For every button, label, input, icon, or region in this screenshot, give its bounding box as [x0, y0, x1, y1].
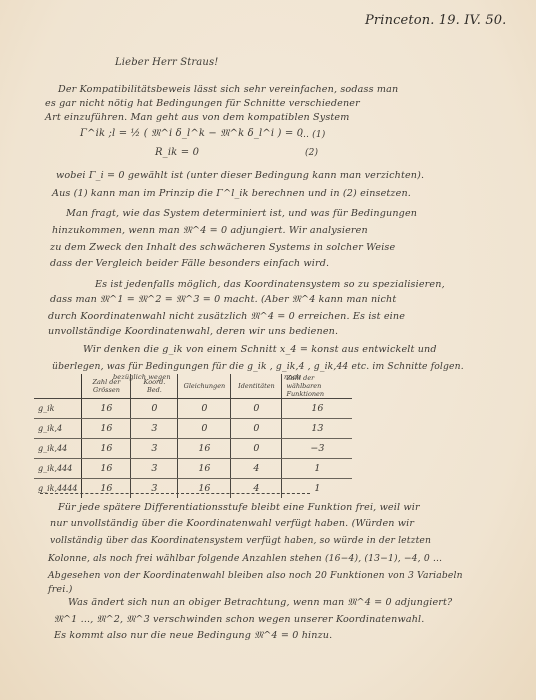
- table-cell: 16: [282, 399, 353, 419]
- row-label: g_ik,4: [34, 419, 82, 439]
- table-cell: 16: [178, 479, 231, 499]
- table-cell: 0: [178, 399, 231, 419]
- paragraph-3-line: Man fragt, wie das System determiniert i…: [66, 208, 417, 220]
- table-row: g_ik,44 16 3 16 0 −3: [34, 439, 352, 459]
- dashed-divider: [40, 493, 310, 494]
- paragraph-4-line: durch Koordinatenwahl nicht zusätzlich 𝔐…: [48, 311, 405, 323]
- letter-salutation: Lieber Herr Straus!: [115, 57, 218, 69]
- table-row: g_ik 16 0 0 0 16: [34, 399, 352, 419]
- paragraph-2-line: wobei Γ_i = 0 gewählt ist (unter dieser …: [56, 170, 424, 182]
- table-cell: 16: [82, 439, 131, 459]
- table-cell: 3: [131, 419, 178, 439]
- table-cell: 4: [231, 479, 282, 499]
- table-cell: 16: [82, 399, 131, 419]
- paragraph-4-line: Es ist jedenfalls möglich, das Koordinat…: [95, 279, 445, 291]
- table-cell: 1: [282, 479, 353, 499]
- table-cell: 13: [282, 419, 353, 439]
- table-cell: 16: [82, 419, 131, 439]
- row-label: g_ik: [34, 399, 82, 419]
- table-header-cell: Gleichungen: [178, 374, 231, 399]
- table-cell: 0: [231, 439, 282, 459]
- table-header-row: Zahl der Grössen Koord. Bed. Gleichungen…: [34, 374, 352, 399]
- table-header-cell: Zahl der Grössen: [82, 374, 131, 399]
- paragraph-6-line: nur unvollständig über die Koordinatenwa…: [50, 518, 414, 530]
- paragraph-7-line: 𝔐^1 ..., 𝔐^2, 𝔐^3 verschwinden schon weg…: [54, 614, 424, 626]
- table-cell: 4: [231, 459, 282, 479]
- row-label: g_ik,4444: [34, 479, 82, 499]
- paragraph-1-line: Art einzuführen. Man geht aus von dem ko…: [45, 112, 350, 124]
- table-header-cell: Koord. Bed.: [131, 374, 178, 399]
- paragraph-3-line: zu dem Zweck den Inhalt des schwächeren …: [50, 242, 395, 254]
- table-header-cell: [34, 374, 82, 399]
- table-row: g_ik,444 16 3 16 4 1: [34, 459, 352, 479]
- letter-page: Princeton. 19. IV. 50. Lieber Herr Strau…: [0, 0, 536, 700]
- table-header-cell: Identitäten: [231, 374, 282, 399]
- row-label: g_ik,444: [34, 459, 82, 479]
- table-cell: 0: [131, 399, 178, 419]
- table-row: g_ik,4 16 3 0 0 13: [34, 419, 352, 439]
- table-cell: 3: [131, 439, 178, 459]
- paragraph-6-line: Abgesehen von der Koordinatenwahl bleibe…: [48, 570, 463, 582]
- equation-1: Γ^ik ;l = ½ ( 𝔐^i δ_l^k − 𝔐^k δ_l^i ) = …: [80, 128, 303, 140]
- paragraph-1-line: es gar nicht nötig hat Bedingungen für S…: [45, 98, 360, 110]
- paragraph-2-line: Aus (1) kann man im Prinzip die Γ^l_ik b…: [52, 188, 411, 200]
- paragraph-6-line: Für jede spätere Differentiationsstufe b…: [58, 502, 420, 514]
- table-cell: −3: [282, 439, 353, 459]
- paragraph-7-line: Was ändert sich nun an obiger Betrachtun…: [68, 597, 452, 609]
- table-cell: 1: [282, 459, 353, 479]
- paragraph-6-line: frei.): [48, 584, 73, 596]
- count-table: Zahl der Grössen Koord. Bed. Gleichungen…: [34, 374, 352, 498]
- row-label: g_ik,44: [34, 439, 82, 459]
- table-cell: 16: [178, 439, 231, 459]
- table-cell: 16: [82, 479, 131, 499]
- paragraph-3-line: dass der Vergleich beider Fälle besonder…: [50, 258, 329, 270]
- table-cell: 0: [231, 399, 282, 419]
- table-cell: 16: [82, 459, 131, 479]
- table-cell: 0: [178, 419, 231, 439]
- paragraph-7-line: Es kommt also nur die neue Bedingung 𝔐^4…: [54, 630, 332, 642]
- table-cell: 16: [178, 459, 231, 479]
- equation-2: R_ik = 0: [155, 147, 199, 159]
- table-cell: 0: [231, 419, 282, 439]
- paragraph-3-line: hinzukommen, wenn man 𝔐^4 = 0 adjungiert…: [52, 225, 368, 237]
- letter-date: Princeton. 19. IV. 50.: [365, 15, 506, 27]
- paragraph-1-line: Der Kompatibilitätsbeweis lässt sich seh…: [58, 84, 398, 96]
- paragraph-6-line: vollständig über das Koordinatensystem v…: [50, 535, 431, 547]
- paragraph-4-line: dass man 𝔐^1 = 𝔐^2 = 𝔐^3 = 0 macht. (Abe…: [50, 294, 396, 306]
- paragraph-6-line: Kolonne, als noch frei wählbar folgende …: [48, 553, 442, 565]
- paragraph-5-line: Wir denken die g_ik von einem Schnitt x_…: [83, 344, 437, 356]
- equation-2-number: (2): [305, 147, 318, 159]
- table-row: g_ik,4444 16 3 16 4 1: [34, 479, 352, 499]
- table-cell: 3: [131, 479, 178, 499]
- table-header-cell: Zahl der wählbaren Funktionen: [282, 374, 353, 399]
- paragraph-4-line: unvollständige Koordinatenwahl, deren wi…: [48, 326, 338, 338]
- equation-1-number: … (1): [300, 129, 325, 141]
- table-cell: 3: [131, 459, 178, 479]
